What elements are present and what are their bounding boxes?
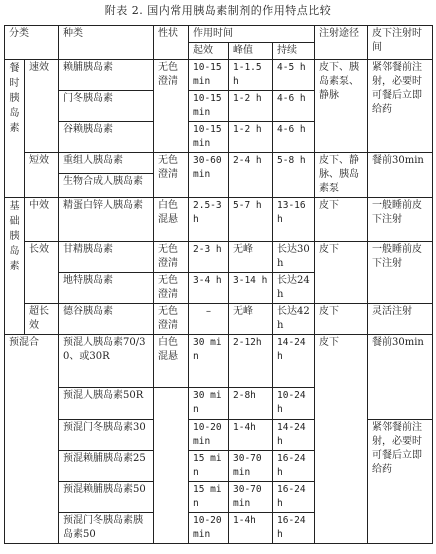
duration-cell: 16-24 h bbox=[273, 482, 315, 513]
onset-cell: 2.5-3 h bbox=[189, 198, 229, 242]
duration-cell: 长达42h bbox=[273, 304, 315, 335]
subgroup-rapid: 速效 bbox=[25, 60, 59, 153]
type-cell: 预混门冬胰岛素胰岛素50 bbox=[59, 513, 154, 544]
header-sc-timing: 皮下注射时间 bbox=[368, 26, 433, 60]
route-cell: 皮下 bbox=[315, 335, 368, 544]
duration-cell: 14-24 h bbox=[273, 335, 315, 388]
header-action-time: 作用时间 bbox=[189, 26, 315, 43]
onset-cell: 30-60 min bbox=[189, 153, 229, 198]
appearance-cell: 无色澄清 bbox=[154, 304, 189, 335]
route-cell: 皮下 bbox=[315, 242, 368, 304]
type-cell: 德谷胰岛素 bbox=[59, 304, 154, 335]
onset-cell: 30 min bbox=[189, 335, 229, 388]
duration-cell: 4-5 h bbox=[273, 60, 315, 91]
timing-cell: 紧邻餐前注射，必要时可餐后立即给药 bbox=[368, 60, 433, 153]
peak-cell: 无峰 bbox=[229, 242, 273, 273]
timing-cell: 餐前30min bbox=[368, 335, 433, 420]
peak-cell: 2-12h bbox=[229, 335, 273, 388]
group-prandial: 餐时胰岛素 bbox=[5, 60, 25, 198]
header-peak: 峰值 bbox=[229, 43, 273, 60]
onset-cell: 10-15 min bbox=[189, 60, 229, 91]
group-premix: 预混合 bbox=[5, 335, 59, 544]
type-cell: 预混门冬胰岛素30 bbox=[59, 420, 154, 451]
table-row: 超长效 德谷胰岛素 无色澄清 – 无峰 长达42h 皮下 灵活注射 bbox=[5, 304, 433, 335]
type-cell: 地特胰岛素 bbox=[59, 273, 154, 304]
onset-cell: 10-20 min bbox=[189, 513, 229, 544]
timing-cell: 紧邻餐前注射，必要时可餐后立即给药 bbox=[368, 420, 433, 544]
appearance-cell: 无色澄清 bbox=[154, 273, 189, 304]
onset-cell: 2-3 h bbox=[189, 242, 229, 273]
header-appearance: 性状 bbox=[154, 26, 189, 60]
duration-cell: 10-24 h bbox=[273, 388, 315, 420]
onset-cell: 30 min bbox=[189, 388, 229, 420]
type-cell: 预混赖脯胰岛素50 bbox=[59, 482, 154, 513]
onset-cell: 10-20min bbox=[189, 420, 229, 451]
subgroup-short: 短效 bbox=[25, 153, 59, 198]
duration-cell: 16-24 h bbox=[273, 451, 315, 482]
peak-cell: 30-70 min bbox=[229, 482, 273, 513]
duration-cell: 4-6 h bbox=[273, 122, 315, 153]
type-cell: 预混人胰岛素70/30、或30R bbox=[59, 335, 154, 388]
duration-cell: 16-24 h bbox=[273, 513, 315, 544]
peak-cell: 2-4 h bbox=[229, 153, 273, 198]
peak-cell: 1-1.5 h bbox=[229, 60, 273, 91]
group-basal: 基础胰岛素 bbox=[5, 198, 25, 335]
duration-cell: 14-24 h bbox=[273, 420, 315, 451]
table-row: 预混门冬胰岛素30 10-20min 1-4h 14-24 h 紧邻餐前注射，必… bbox=[5, 420, 433, 451]
route-cell: 皮下 bbox=[315, 304, 368, 335]
peak-cell: 1-2 h bbox=[229, 122, 273, 153]
subgroup-intermediate: 中效 bbox=[25, 198, 59, 242]
duration-cell: 4-6 h bbox=[273, 91, 315, 122]
table-title: 附表 2. 国内常用胰岛素制剂的作用特点比较 bbox=[0, 2, 436, 18]
timing-cell: 一般睡前皮下注射 bbox=[368, 242, 433, 304]
peak-cell: 2-8h bbox=[229, 388, 273, 420]
onset-cell: – bbox=[189, 304, 229, 335]
peak-cell: 1-4h bbox=[229, 513, 273, 544]
type-cell: 甘精胰岛素 bbox=[59, 242, 154, 273]
appearance-cell: 无色澄清 bbox=[154, 153, 189, 198]
onset-cell: 15 min bbox=[189, 451, 229, 482]
table-row: 餐时胰岛素 速效 赖脯胰岛素 无色澄清 10-15 min 1-1.5 h 4-… bbox=[5, 60, 433, 91]
onset-cell: 3-4 h bbox=[189, 273, 229, 304]
insulin-comparison-table: 分类 种类 性状 作用时间 注射途径 皮下注射时间 起效 峰值 持续 餐时胰岛素… bbox=[4, 25, 433, 544]
type-cell: 精蛋白锌人胰岛素 bbox=[59, 198, 154, 242]
type-cell: 重组人胰岛素 bbox=[59, 153, 154, 174]
subgroup-long: 长效 bbox=[25, 242, 59, 304]
table-row: 长效 甘精胰岛素 无色澄清 2-3 h 无峰 长达30h 皮下 一般睡前皮下注射 bbox=[5, 242, 433, 273]
route-cell: 皮下 bbox=[315, 198, 368, 242]
onset-cell: 10-15 min bbox=[189, 122, 229, 153]
header-route: 注射途径 bbox=[315, 26, 368, 60]
onset-cell: 10-15 min bbox=[189, 91, 229, 122]
type-cell: 赖脯胰岛素 bbox=[59, 60, 154, 91]
header-onset: 起效 bbox=[189, 43, 229, 60]
peak-cell: 5-7 h bbox=[229, 198, 273, 242]
onset-cell: 15 min bbox=[189, 482, 229, 513]
duration-cell: 长达30h bbox=[273, 242, 315, 273]
appearance-cell: 白色混悬 bbox=[154, 335, 189, 388]
header-duration: 持续 bbox=[273, 43, 315, 60]
peak-cell: 无峰 bbox=[229, 304, 273, 335]
subgroup-ultra-long: 超长效 bbox=[25, 304, 59, 335]
type-cell: 预混人胰岛素50R bbox=[59, 388, 154, 420]
header-category: 分类 bbox=[5, 26, 59, 60]
appearance-cell: 无色澄清 bbox=[154, 60, 189, 153]
appearance-cell bbox=[154, 388, 189, 544]
table-row: 预混合 预混人胰岛素70/30、或30R 白色混悬 30 min 2-12h 1… bbox=[5, 335, 433, 388]
appearance-cell: 无色澄清 bbox=[154, 242, 189, 273]
duration-cell: 长达24h bbox=[273, 273, 315, 304]
route-cell: 皮下、胰岛素泵、静脉 bbox=[315, 60, 368, 153]
table-row: 基础胰岛素 中效 精蛋白锌人胰岛素 白色混悬 2.5-3 h 5-7 h 13-… bbox=[5, 198, 433, 242]
peak-cell: 1-4h bbox=[229, 420, 273, 451]
timing-cell: 餐前30min bbox=[368, 153, 433, 198]
header-type: 种类 bbox=[59, 26, 154, 60]
duration-cell: 13-16 h bbox=[273, 198, 315, 242]
duration-cell: 5-8 h bbox=[273, 153, 315, 198]
type-cell: 门冬胰岛素 bbox=[59, 91, 154, 122]
peak-cell: 30-70 min bbox=[229, 451, 273, 482]
appearance-cell: 白色混悬 bbox=[154, 198, 189, 242]
peak-cell: 1-2 h bbox=[229, 91, 273, 122]
table-row: 短效 重组人胰岛素 无色澄清 30-60 min 2-4 h 5-8 h 皮下、… bbox=[5, 153, 433, 174]
type-cell: 谷赖胰岛素 bbox=[59, 122, 154, 153]
type-cell: 预混赖脯胰岛素25 bbox=[59, 451, 154, 482]
route-cell: 皮下、静脉、胰岛素泵 bbox=[315, 153, 368, 198]
timing-cell: 一般睡前皮下注射 bbox=[368, 198, 433, 242]
type-cell: 生物合成人胰岛素 bbox=[59, 174, 154, 198]
peak-cell: 3-14 h bbox=[229, 273, 273, 304]
timing-cell: 灵活注射 bbox=[368, 304, 433, 335]
